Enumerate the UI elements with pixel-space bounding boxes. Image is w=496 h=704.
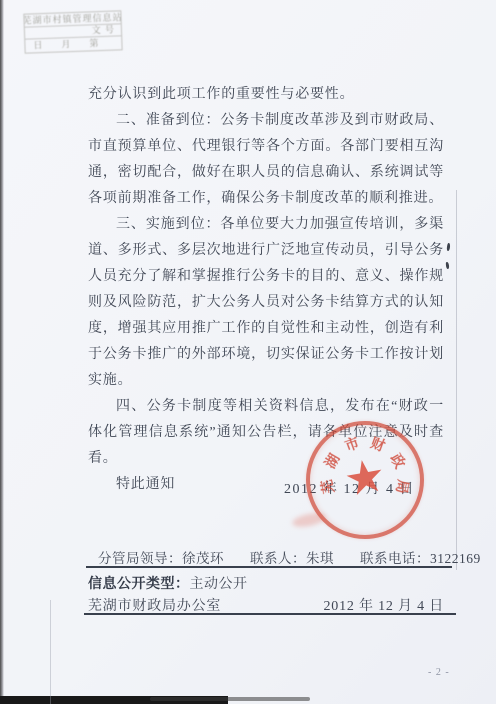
scan-edge-bottom-line	[150, 697, 310, 701]
disclosure-type-value: 主动公开	[190, 577, 248, 592]
paragraph-item-2: 二、准备到位：公务卡制度改革涉及到市财政局、市直预算单位、代理银行等各个方面。各…	[88, 108, 444, 212]
supervisor-field: 分管局领导：徐茂环	[98, 547, 224, 567]
ink-speck	[446, 262, 450, 269]
paper-crease-bottom-left	[50, 600, 51, 704]
footer-divider-top	[86, 566, 452, 568]
contact-field: 联系人：朱琪	[250, 547, 334, 567]
stamp-no-label: 第	[89, 39, 99, 48]
stamp-month-label: 月	[61, 40, 71, 49]
paragraph-item-3: 三、实施到位：各单位要大力加强宣传培训，多渠道、多形式、多层次地进行广泛地宣传动…	[88, 212, 444, 394]
stamp-day-label: 日	[33, 41, 43, 50]
scanned-document-page: 芜湖市村镇管理信息站 文 号 日 月 第 充分认识到此项工作的重要性与必要性。 …	[0, 0, 496, 704]
registration-stamp: 芜湖市村镇管理信息站 文 号 日 月 第	[23, 10, 122, 53]
ink-speck	[446, 243, 450, 251]
phone-field: 联系电话：3122169	[360, 547, 481, 567]
disclosure-type-label: 信息公开类型：	[88, 577, 190, 592]
issue-date: 2012 年 12 月 4 日	[324, 595, 445, 615]
disclosure-type-field: 信息公开类型：主动公开	[88, 573, 248, 593]
registration-stamp-date-row: 日 月 第	[25, 36, 121, 51]
paper-crease-right	[456, 190, 457, 570]
footer-contacts: 分管局领导：徐茂环 联系人：朱琪 联系电话：3122169	[98, 547, 448, 567]
footer-divider-bottom	[84, 613, 456, 615]
official-seal: ★ 芜湖市财政局	[306, 421, 424, 539]
issuer-office: 芜湖市财政局办公室	[88, 595, 221, 615]
paragraph-continuation: 充分认识到此项工作的重要性与必要性。	[88, 82, 444, 108]
issuer-row: 芜湖市财政局办公室 2012 年 12 月 4 日	[88, 595, 444, 615]
seal-ink-smudge	[291, 511, 327, 530]
seal-star-icon: ★	[341, 452, 390, 504]
scan-edge-left	[0, 0, 4, 704]
page-number: - 2 -	[428, 667, 450, 678]
